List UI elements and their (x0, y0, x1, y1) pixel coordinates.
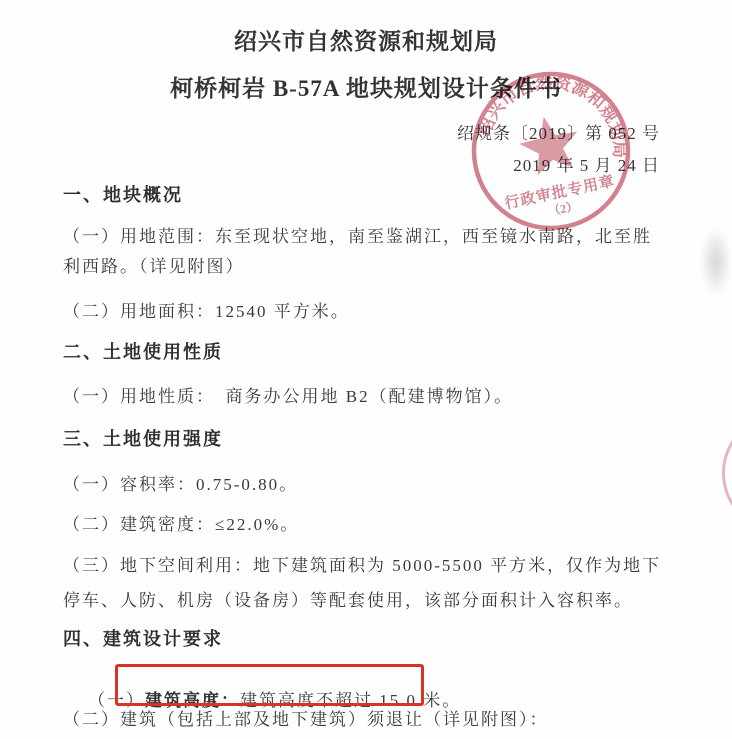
para-plot-ratio: （一）容积率：0.75-0.80。 (63, 476, 298, 493)
para-land-scope-line1: （一）用地范围：东至现状空地，南至鉴湖江，西至镜水南路，北至胜 (63, 228, 652, 245)
para-land-area: （二）用地面积：12540 平方米。 (63, 303, 350, 320)
building-height-label: 建筑高度： (145, 691, 240, 710)
para-land-use-nature: （一）用地性质： 商务办公用地 B2（配建博物馆）。 (63, 388, 513, 405)
para-underground-line2: 停车、人防、机房（设备房）等配套使用，该部分面积计入容积率。 (63, 592, 633, 609)
document-title: 柯桥柯岩 B-57A 地块规划设计条件书 (0, 77, 732, 100)
building-height-prefix: （一） (88, 691, 145, 710)
section-2-heading: 二、土地使用性质 (63, 343, 223, 361)
para-building-density: （二）建筑密度：≤22.0%。 (63, 516, 299, 533)
para-land-scope-line2: 利西路。（详见附图） (63, 258, 245, 275)
scan-smudge (700, 226, 732, 298)
scanned-document-page: 绍兴市自然资源和规划局 柯桥柯岩 B-57A 地块规划设计条件书 绍规条〔201… (0, 0, 732, 739)
seal-purpose-text: 行政审批专用章 (503, 172, 616, 213)
document-date: 2019 年 5 月 24 日 (513, 157, 660, 174)
section-3-heading: 三、土地使用强度 (63, 430, 223, 448)
para-building-setback: （二）建筑（包括上部及地下建筑）须退让（详见附图）： (63, 711, 549, 728)
building-height-value: 建筑高度不超过 15.0 米。 (240, 691, 461, 710)
partial-seal-edge (722, 413, 732, 533)
section-1-heading: 一、地块概况 (63, 186, 183, 204)
para-underground-line1: （三）地下空间利用：地下建筑面积为 5000-5500 平方米，仅作为地下 (63, 557, 661, 574)
seal-number-text: （2） (547, 198, 579, 219)
issuing-org-title: 绍兴市自然资源和规划局 (0, 30, 732, 53)
section-4-heading: 四、建筑设计要求 (63, 630, 223, 648)
document-ref-number: 绍规条〔2019〕第 052 号 (457, 125, 660, 142)
